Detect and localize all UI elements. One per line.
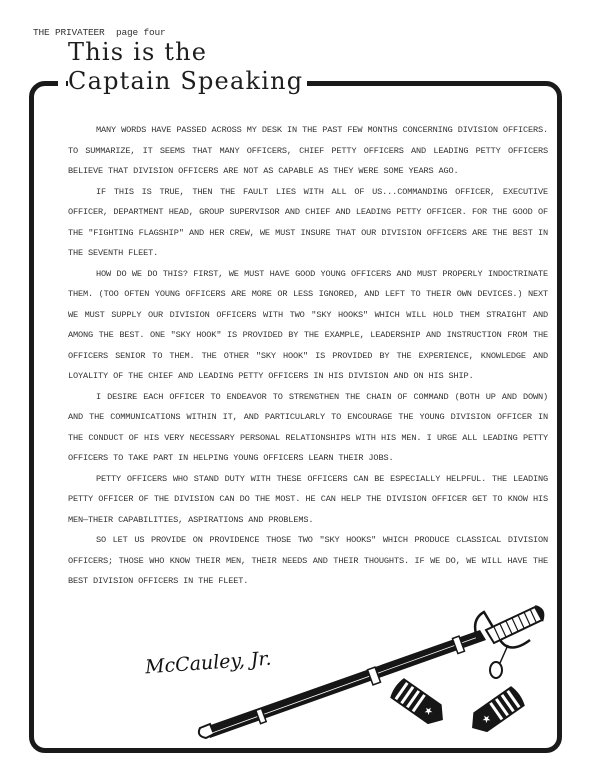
illustration-layer: ★ ★	[0, 0, 600, 774]
shoulder-board-icon: ★	[389, 677, 450, 730]
shoulder-board-icon: ★	[465, 685, 526, 738]
page-title-line2: Captain Speaking	[68, 69, 307, 93]
frame-gap	[58, 76, 66, 92]
